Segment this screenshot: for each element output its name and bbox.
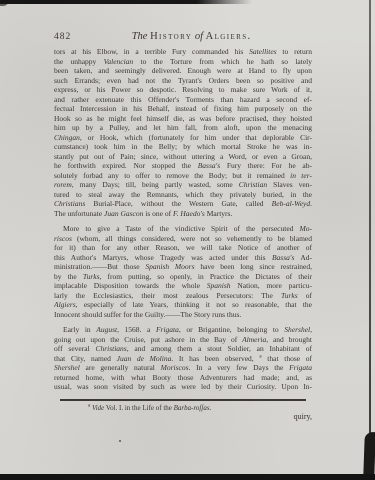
text-line: off several Christians, and among them a…	[54, 344, 312, 354]
text-line: this Author's Martyrs, whose Tragedy was…	[54, 253, 312, 263]
text-line: solutely forbad any to offer to remove t…	[54, 171, 312, 181]
text-line: going out upon the Cruise, put ashore in…	[54, 335, 312, 345]
title-word-the: The	[132, 31, 148, 42]
paragraph: tors at his Elbow, in a terrible Fury co…	[54, 47, 312, 218]
text-line: and rather extenuate this Offender's Tor…	[54, 95, 312, 105]
text-line: Shershel are generally natural Moriscos.…	[54, 363, 312, 373]
text-line: been taken, and seemingly delivered. Eno…	[54, 66, 312, 76]
ink-speck	[119, 440, 121, 442]
text-line: for it) than for any other Reason, we wi…	[54, 243, 312, 253]
footnote: a Vide Vol. I. in the Life of the Barba-…	[88, 404, 308, 412]
text-line: fectual Intercession in his Behalf, inst…	[54, 104, 312, 114]
catchword: quiry,	[294, 412, 312, 421]
text-line: rorem, many Days; till, being partly was…	[54, 180, 312, 190]
text-block: tors at his Elbow, in a terrible Fury co…	[54, 47, 312, 398]
paragraph: Early in August, 1568. a Frigata, or Bri…	[54, 325, 312, 392]
text-line: Chingan, or Hook, which (fortunately for…	[54, 133, 312, 143]
text-line: Algiers, especially of late Years, think…	[54, 300, 312, 310]
scan-edge-right	[369, 0, 371, 480]
text-line: him up by a Pulley, and let him fall, fr…	[54, 123, 312, 133]
title-word-history: History	[150, 31, 192, 42]
text-line: usual, was soon visited by such as were …	[54, 382, 312, 392]
page-number: 482	[54, 32, 71, 42]
text-line: such Errands; even had not the Tyrant's …	[54, 76, 312, 86]
text-line: tors at his Elbow, in a terrible Fury co…	[54, 47, 312, 57]
text-line: Innocent should suffer for the Guilty.——…	[54, 310, 312, 320]
text-line: Early in August, 1568. a Frigata, or Bri…	[54, 325, 312, 335]
text-line: by the Turks, from putting, so openly, i…	[54, 272, 312, 282]
text-line: returned home, with what Booty those Adv…	[54, 373, 312, 383]
text-line: ministration.——But those Spanish Moors h…	[54, 262, 312, 272]
text-line: stantly put out of Pain; since, without …	[54, 152, 312, 162]
scanned-book-page: 482 The History of Algiers. tors at his …	[0, 0, 375, 480]
text-line: riscos (whom, all things considered, wer…	[54, 234, 312, 244]
footnote-rule	[60, 399, 306, 401]
scan-edge-bottom	[0, 474, 375, 480]
text-line: tured to steal away the Remnants, which …	[54, 190, 312, 200]
scan-corner-mark	[0, 0, 9, 6]
text-line: express, or his Power so despotic. Resol…	[54, 85, 312, 95]
paragraph: More to give a Taste of the vindictive S…	[54, 224, 312, 319]
text-line: he forthwith expired. Nor stopped the Ba…	[54, 161, 312, 171]
text-line: cumstance) took him in the Belly; by whi…	[54, 142, 312, 152]
page-title: The History of Algiers.	[71, 31, 312, 42]
text-line: More to give a Taste of the vindictive S…	[54, 224, 312, 234]
title-word-algiers: Algiers.	[206, 31, 252, 42]
text-line: the unhappy Valencian to the Torture fro…	[54, 57, 312, 67]
text-line: Hook so as he might feel himself die, as…	[54, 114, 312, 124]
text-line: larly the Ecclesiastics, their most zeal…	[54, 291, 312, 301]
title-word-of: of	[195, 31, 203, 42]
scan-edge-top	[0, 0, 252, 4]
text-line: Christians Burial-Place, without the Wes…	[54, 199, 312, 209]
scan-edge-bottom-right	[363, 432, 375, 480]
text-line: The unfortunate Juan Gascon is one of F.…	[54, 209, 312, 219]
running-header: 482 The History of Algiers.	[54, 31, 312, 42]
text-line: that City, named Juan de Molina. It has …	[54, 354, 312, 364]
text-line: implacable Disposition towards the whole…	[54, 281, 312, 291]
